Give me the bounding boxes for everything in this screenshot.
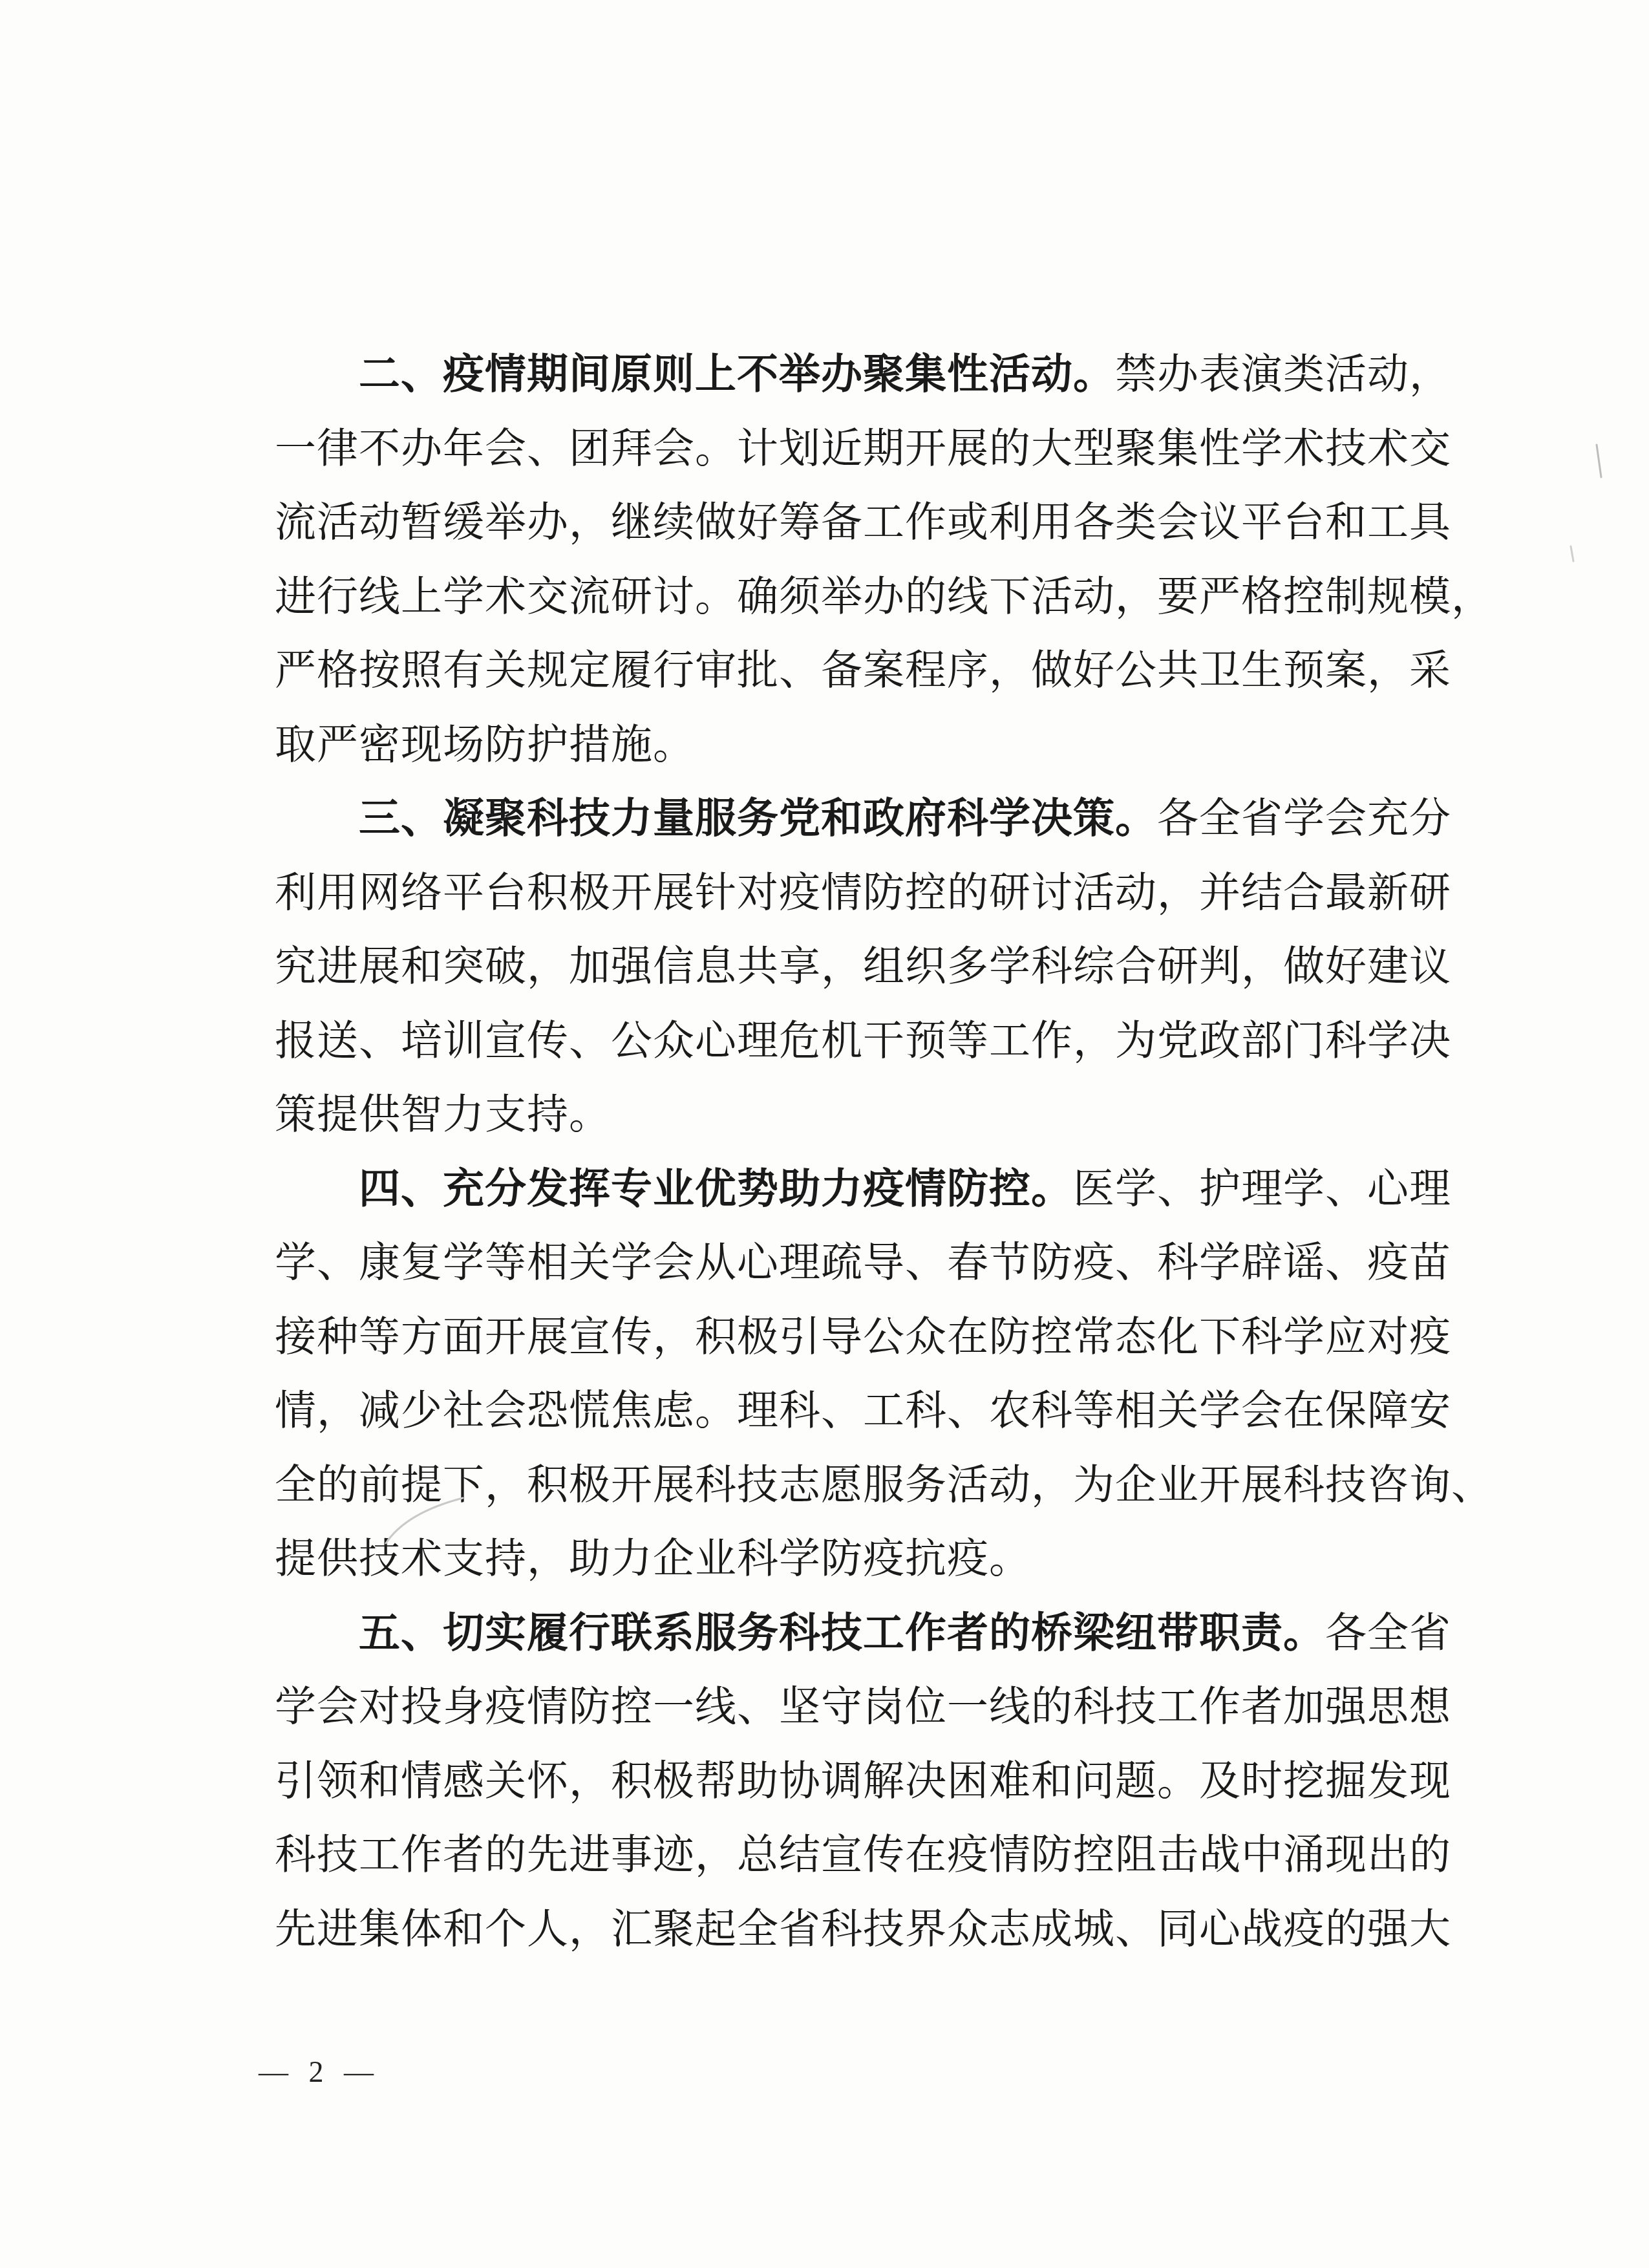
text-line: 全的前提下，积极开展科技志愿服务活动，为企业开展科技咨询、 xyxy=(275,1448,1490,1523)
text-line: 提供技术支持，助力企业科学防疫抗疫。 xyxy=(275,1522,1490,1596)
text-line: 二、疫情期间原则上不举办聚集性活动。禁办表演类活动， xyxy=(275,337,1490,412)
heading-segment: 四、充分发挥专业优势助力疫情防控。 xyxy=(359,1166,1073,1212)
body-segment: 学会对投身疫情防控一线、坚守岗位一线的科技工作者加强思想 xyxy=(275,1684,1451,1729)
text-line: 科技工作者的先进事迹，总结宣传在疫情防控阻击战中涌现出的 xyxy=(275,1818,1490,1892)
text-line: 取严密现场防护措施。 xyxy=(275,708,1490,782)
text-line: 报送、培训宣传、公众心理危机干预等工作，为党政部门科学决 xyxy=(275,1004,1490,1078)
text-block: 二、疫情期间原则上不举办聚集性活动。禁办表演类活动，一律不办年会、团拜会。计划近… xyxy=(275,337,1490,1966)
body-segment: 进行线上学术交流研讨。确须举办的线下活动，要严格控制规模， xyxy=(275,573,1493,619)
body-segment: 全的前提下，积极开展科技志愿服务活动，为企业开展科技咨询、 xyxy=(275,1462,1493,1508)
text-line: 学会对投身疫情防控一线、坚守岗位一线的科技工作者加强思想 xyxy=(275,1670,1490,1744)
text-line: 学、康复学等相关学会从心理疏导、春节防疫、科学辟谣、疫苗 xyxy=(275,1226,1490,1300)
text-line: 三、凝聚科技力量服务党和政府科学决策。各全省学会充分 xyxy=(275,782,1490,856)
body-segment: 利用网络平台积极开展针对疫情防控的研讨活动，并结合最新研 xyxy=(275,870,1451,915)
body-segment: 提供技术支持，助力企业科学防疫抗疫。 xyxy=(275,1535,1031,1581)
body-segment: 禁办表演类活动， xyxy=(1115,351,1451,397)
text-line: 先进集体和个人，汇聚起全省科技界众志成城、同心战疫的强大 xyxy=(275,1892,1490,1967)
heading-segment: 二、疫情期间原则上不举办聚集性活动。 xyxy=(359,351,1115,397)
body-segment: 情，减少社会恐慌焦虑。理科、工科、农科等相关学会在保障安 xyxy=(275,1387,1451,1433)
text-line: 一律不办年会、团拜会。计划近期开展的大型聚集性学术技术交 xyxy=(275,412,1490,486)
body-segment: 报送、培训宣传、公众心理危机干预等工作，为党政部门科学决 xyxy=(275,1018,1451,1064)
body-segment: 流活动暂缓举办，继续做好筹备工作或利用各类会议平台和工具 xyxy=(275,499,1451,545)
body-segment: 取严密现场防护措施。 xyxy=(275,722,695,767)
text-line: 严格按照有关规定履行审批、备案程序，做好公共卫生预案，采 xyxy=(275,634,1490,708)
body-segment: 各全省学会充分 xyxy=(1157,795,1451,841)
body-segment: 先进集体和个人，汇聚起全省科技界众志成城、同心战疫的强大 xyxy=(275,1906,1451,1952)
body-segment: 严格按照有关规定履行审批、备案程序，做好公共卫生预案，采 xyxy=(275,647,1451,693)
body-segment: 接种等方面开展宣传，积极引导公众在防控常态化下科学应对疫 xyxy=(275,1314,1451,1360)
body-segment: 策提供智力支持。 xyxy=(275,1091,611,1137)
text-line: 策提供智力支持。 xyxy=(275,1078,1490,1152)
text-line: 情，减少社会恐慌焦虑。理科、工科、农科等相关学会在保障安 xyxy=(275,1374,1490,1448)
scan-tick-artifact xyxy=(1571,546,1573,561)
body-segment: 各全省 xyxy=(1325,1610,1451,1656)
text-line: 接种等方面开展宣传，积极引导公众在防控常态化下科学应对疫 xyxy=(275,1300,1490,1375)
text-line: 流活动暂缓举办，继续做好筹备工作或利用各类会议平台和工具 xyxy=(275,486,1490,560)
body-segment: 学、康复学等相关学会从心理疏导、春节防疫、科学辟谣、疫苗 xyxy=(275,1239,1451,1285)
text-line: 究进展和突破，加强信息共享，组织多学科综合研判，做好建议 xyxy=(275,930,1490,1004)
body-segment: 科技工作者的先进事迹，总结宣传在疫情防控阻击战中涌现出的 xyxy=(275,1832,1451,1878)
text-line: 进行线上学术交流研讨。确须举办的线下活动，要严格控制规模， xyxy=(275,560,1490,634)
body-segment: 究进展和突破，加强信息共享，组织多学科综合研判，做好建议 xyxy=(275,943,1451,989)
text-line: 五、切实履行联系服务科技工作者的桥梁纽带职责。各全省 xyxy=(275,1596,1490,1671)
scan-tick-artifact xyxy=(1597,445,1601,477)
body-segment: 引领和情感关怀，积极帮助协调解决困难和问题。及时挖掘发现 xyxy=(275,1758,1451,1804)
heading-segment: 五、切实履行联系服务科技工作者的桥梁纽带职责。 xyxy=(359,1610,1325,1656)
body-segment: 一律不办年会、团拜会。计划近期开展的大型聚集性学术技术交 xyxy=(275,425,1451,471)
body-segment: 医学、护理学、心理 xyxy=(1073,1166,1451,1212)
text-line: 引领和情感关怀，积极帮助协调解决困难和问题。及时挖掘发现 xyxy=(275,1744,1490,1819)
scanned-document-page: 二、疫情期间原则上不举办聚集性活动。禁办表演类活动，一律不办年会、团拜会。计划近… xyxy=(0,0,1649,2268)
page-number: — 2 — xyxy=(259,2055,380,2089)
text-line: 利用网络平台积极开展针对疫情防控的研讨活动，并结合最新研 xyxy=(275,856,1490,930)
text-line: 四、充分发挥专业优势助力疫情防控。医学、护理学、心理 xyxy=(275,1152,1490,1226)
heading-segment: 三、凝聚科技力量服务党和政府科学决策。 xyxy=(359,795,1157,841)
